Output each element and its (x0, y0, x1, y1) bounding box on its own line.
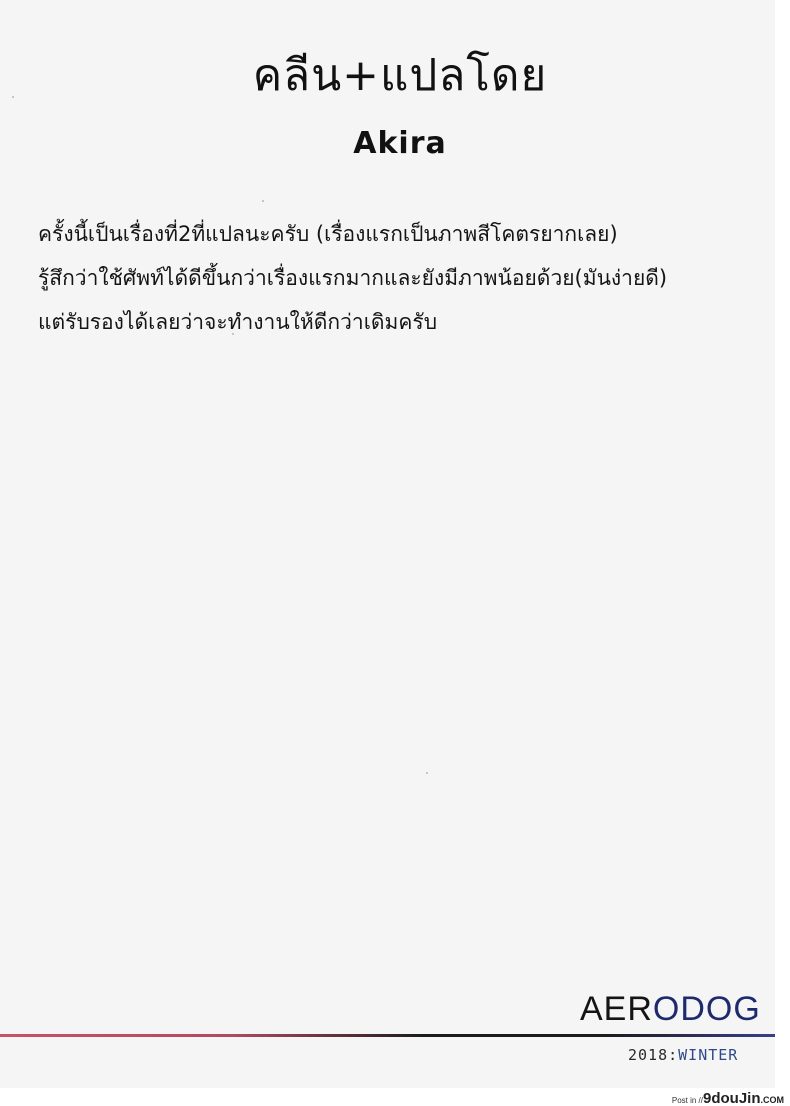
translator-name: Akira (0, 126, 790, 161)
watermark-tld: .COM (761, 1095, 785, 1105)
brand-text-b: ODOG (653, 990, 761, 1028)
scan-speck (12, 96, 14, 98)
footer-divider (0, 1034, 775, 1037)
scan-speck (232, 333, 234, 335)
edition-year: 2018: (628, 1046, 678, 1064)
document-page: คลีน+แปลโดย Akira ครั้งนี้เป็นเรื่องที่2… (0, 0, 775, 1088)
note-line-3: แต่รับรองได้เลยว่าจะทำงานให้ดีกว่าเดิมคร… (38, 300, 738, 344)
translator-note: ครั้งนี้เป็นเรื่องที่2ที่แปลนะครับ (เรื่… (38, 212, 738, 344)
watermark-site: 9douJin (703, 1090, 761, 1106)
credit-title: คลีน+แปลโดย (0, 40, 790, 110)
watermark-prefix: Post in // (672, 1096, 703, 1105)
site-watermark: Post in //9douJin.COM (672, 1090, 784, 1106)
brand-text-a: AER (580, 990, 653, 1028)
note-line-1: ครั้งนี้เป็นเรื่องที่2ที่แปลนะครับ (เรื่… (38, 212, 738, 256)
edition-season: WINTER (678, 1046, 738, 1064)
publisher-logo: AERODOG (580, 990, 761, 1029)
note-line-2: รู้สึกว่าใช้ศัพท์ได้ดีขึ้นกว่าเรื่องแรกม… (38, 256, 738, 300)
scan-speck (426, 772, 428, 774)
edition-label: 2018:WINTER (628, 1046, 738, 1064)
scan-speck (262, 200, 264, 202)
